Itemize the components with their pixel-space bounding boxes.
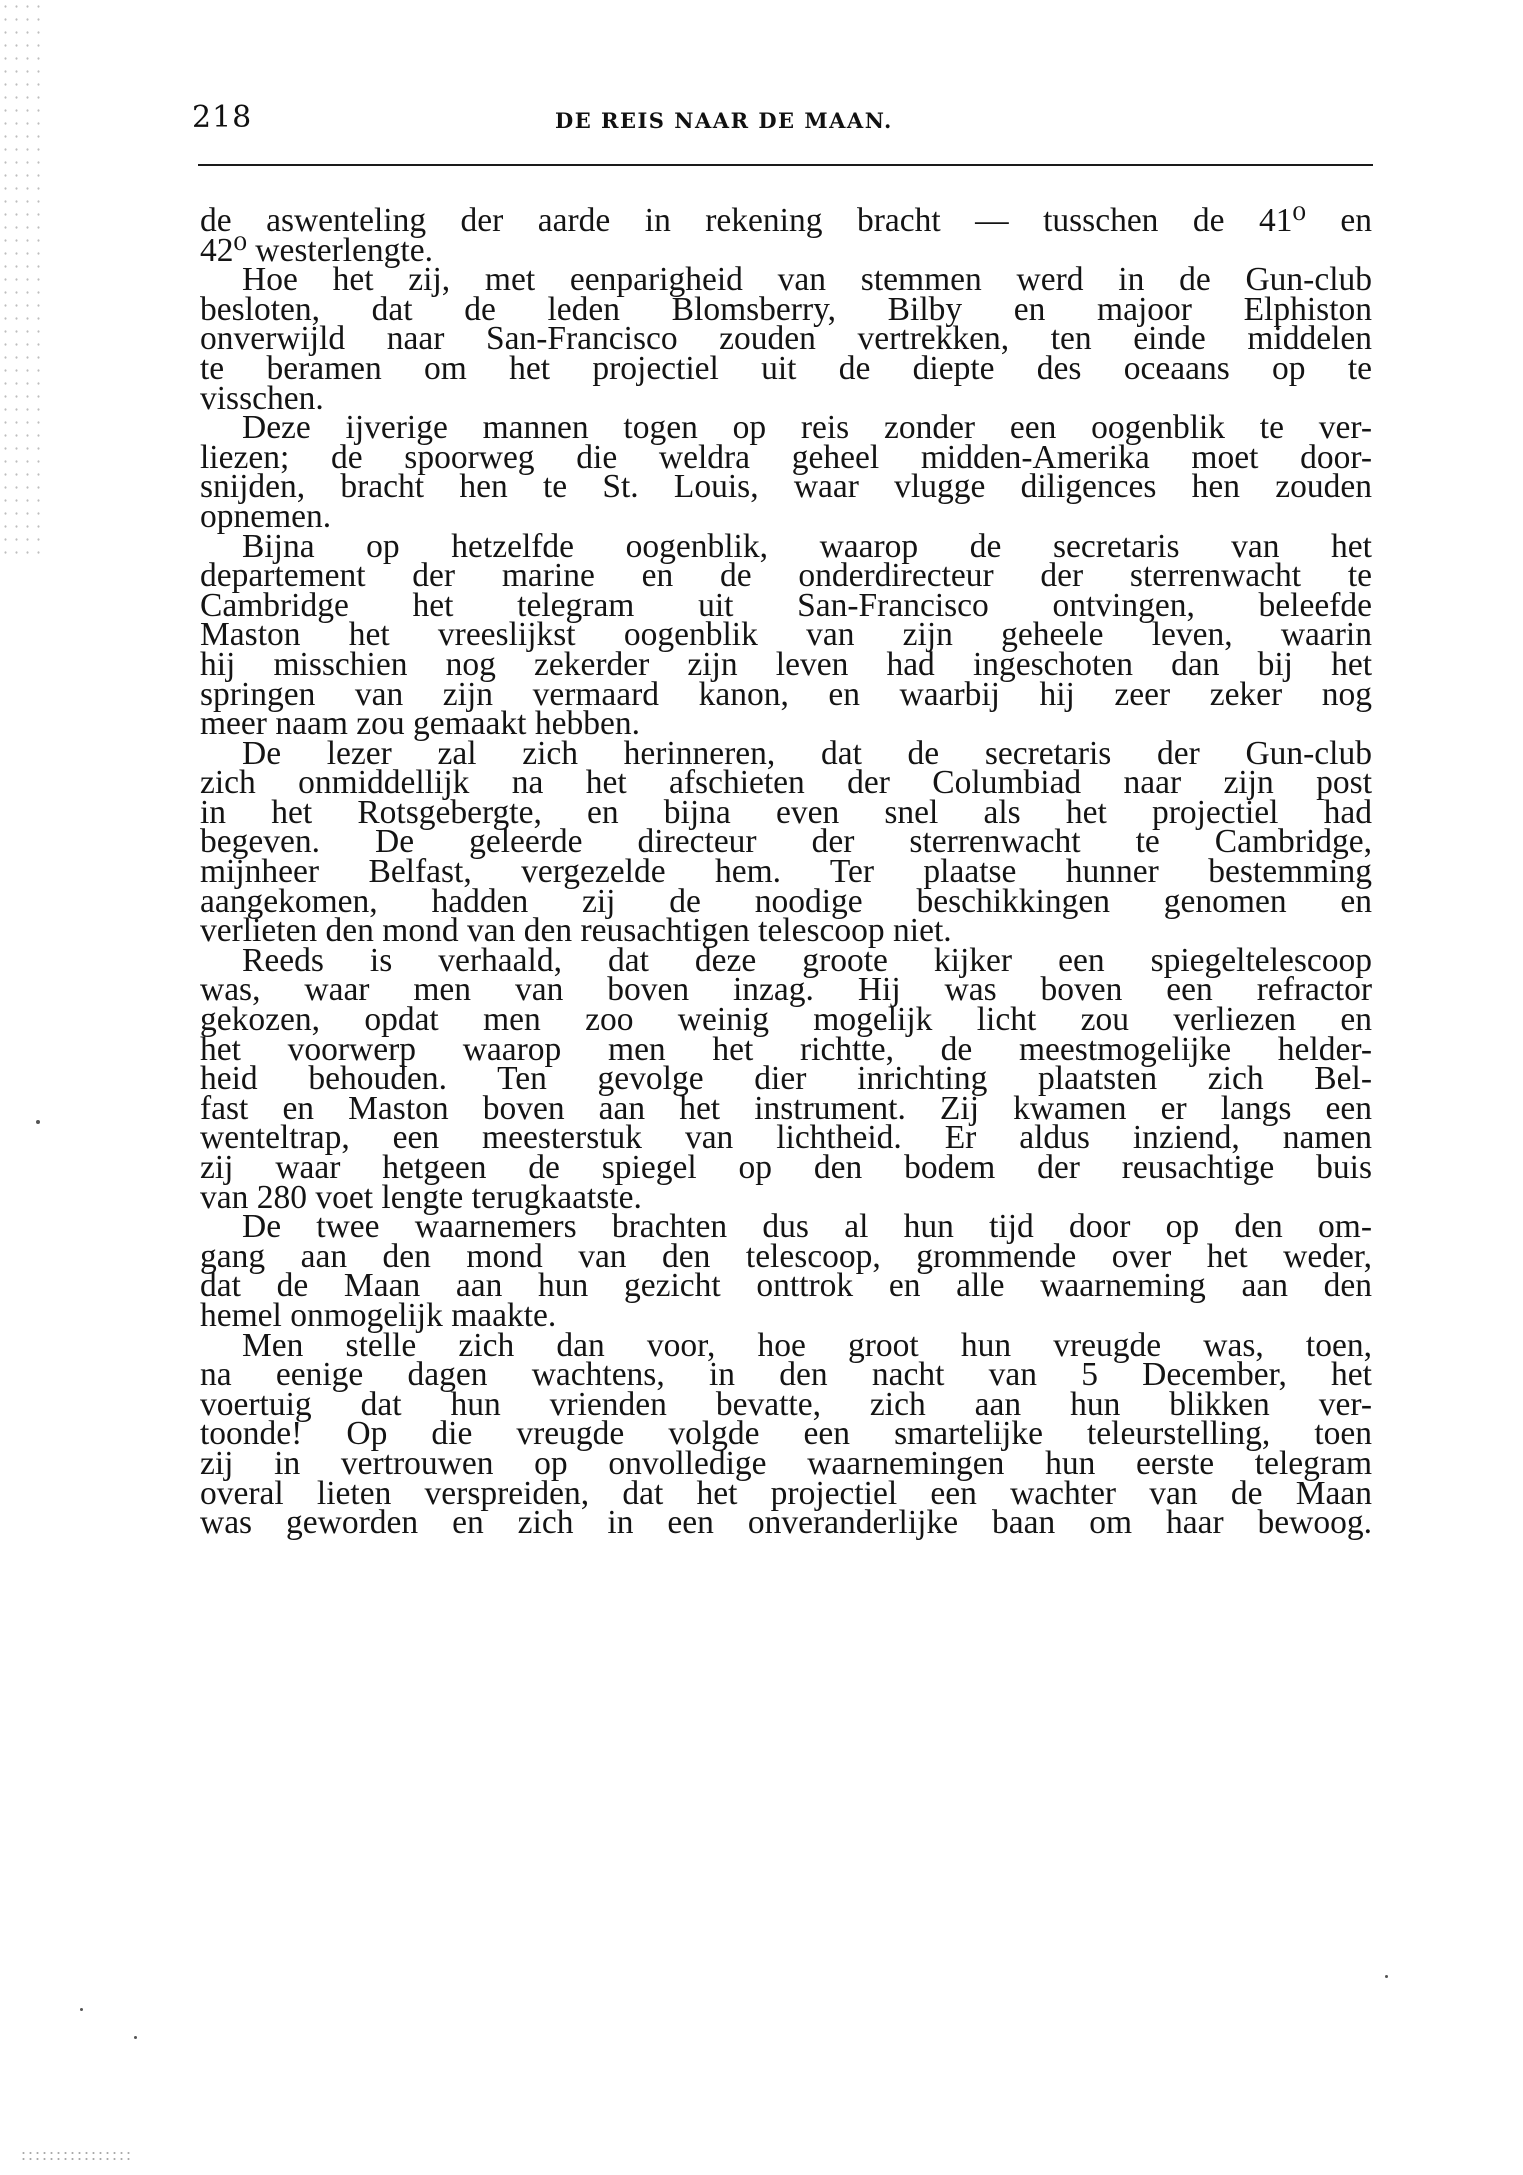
text-line: te beramen om het projectiel uit de diep… xyxy=(200,354,1372,384)
scan-corner-noise xyxy=(20,2150,130,2162)
scan-speck xyxy=(134,2036,137,2039)
text-line: snijden, bracht hen te St. Louis, waar v… xyxy=(200,472,1372,502)
header-rule xyxy=(198,164,1373,166)
scan-speck xyxy=(80,2008,83,2011)
page-number: 218 xyxy=(192,100,252,136)
running-head: 218 DE REIS NAAR DE MAAN. xyxy=(192,100,1372,140)
text-line: was geworden en zich in een onveranderli… xyxy=(200,1508,1372,1538)
running-title: DE REIS NAAR DE MAAN. xyxy=(555,106,893,136)
scan-speck xyxy=(1385,1975,1388,1978)
book-page: 218 DE REIS NAAR DE MAAN. de aswenteling… xyxy=(0,0,1523,2175)
scan-speck xyxy=(36,1120,40,1124)
body-text: de aswenteling der aarde in rekening bra… xyxy=(200,206,1372,1538)
scan-edge-noise xyxy=(0,0,40,560)
